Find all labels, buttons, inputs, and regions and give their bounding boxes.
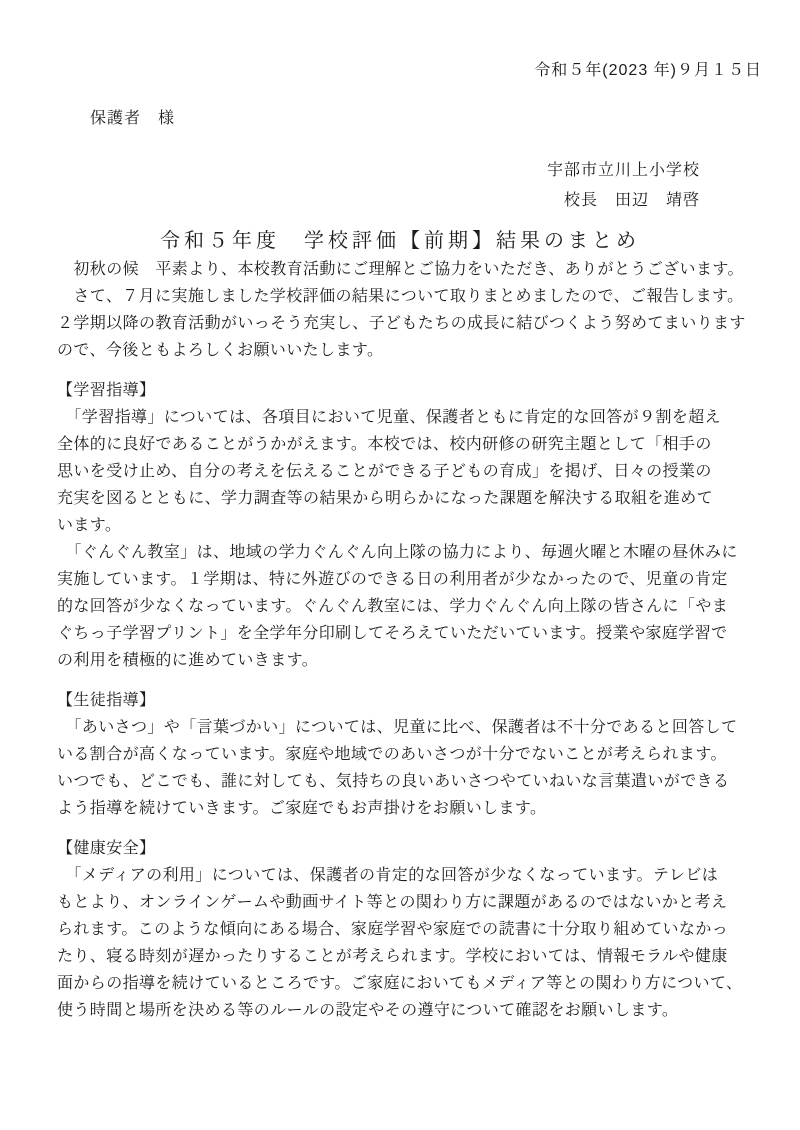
text-line: たり、寝る時刻が遅かったりすることが考えられます。学校においては、情報モラルや健… bbox=[57, 943, 750, 970]
text-line: 全体的に良好であることがうかがえます。本校では、校内研修の研究主題として「相手の bbox=[57, 431, 750, 458]
sender-school: 宇部市立川上小学校 bbox=[0, 156, 700, 186]
page-title: 令和５年度 学校評価【前期】結果のまとめ bbox=[0, 226, 800, 256]
text-line: ２学期以降の教育活動がいっそう充実し、子どもたちの成長に結びつくよう努めてまいり… bbox=[57, 310, 750, 337]
recipient: 保護者 様 bbox=[0, 105, 800, 132]
section-paragraph: 「学習指導」については、各項目において児童、保護者ともに肯定的な回答が９割を超え… bbox=[57, 404, 750, 539]
text-line: 面からの指導を続けているところです。ご家庭においてもメディア等との関わり方につい… bbox=[57, 970, 750, 997]
text-line: ので、今後ともよろしくお願いいたします。 bbox=[57, 337, 750, 364]
section-heading: 【学習指導】 bbox=[57, 377, 750, 404]
text-line: よう指導を続けていきます。ご家庭でもお声掛けをお願いします。 bbox=[57, 795, 750, 822]
text-line: 充実を図るとともに、学力調査等の結果から明らかになった課題を解決する取組を進めて bbox=[57, 485, 750, 512]
text-line: 初秋の候 平素より、本校教育活動にご理解とご協力をいただき、ありがとうございます… bbox=[57, 256, 750, 283]
text-line: られます。このような傾向にある場合、家庭学習や家庭での読書に十分取り組めていなか… bbox=[57, 916, 750, 943]
section-gakushu-shido: 【学習指導】 「学習指導」については、各項目において児童、保護者ともに肯定的な回… bbox=[57, 377, 750, 674]
section-paragraph: 「あいさつ」や「言葉づかい」については、児童に比べ、保護者は不十分であると回答し… bbox=[57, 714, 750, 822]
text-line: いつでも、どこでも、誰に対しても、気持ちの良いあいさつやていねいな言葉遣いができ… bbox=[57, 768, 750, 795]
date-line: 令和５年(2023 年)９月１５日 bbox=[0, 57, 800, 84]
text-line: さて、７月に実施しました学校評価の結果について取りまとめましたので、ご報告します… bbox=[57, 283, 750, 310]
text-line: ぐちっ子学習プリント」を全学年分印刷してそろえていただいています。授業や家庭学習… bbox=[57, 620, 750, 647]
section-seito-shido: 【生徒指導】 「あいさつ」や「言葉づかい」については、児童に比べ、保護者は不十分… bbox=[57, 687, 750, 822]
section-heading: 【生徒指導】 bbox=[57, 687, 750, 714]
section-heading: 【健康安全】 bbox=[57, 835, 750, 862]
section-paragraph: 「メディアの利用」については、保護者の肯定的な回答が少なくなっています。テレビは… bbox=[57, 862, 750, 1024]
text-line: もとより、オンラインゲームや動画サイト等との関わり方に課題があるのではないかと考… bbox=[57, 889, 750, 916]
text-line: 「メディアの利用」については、保護者の肯定的な回答が少なくなっています。テレビは bbox=[57, 862, 750, 889]
text-line: 「学習指導」については、各項目において児童、保護者ともに肯定的な回答が９割を超え bbox=[57, 404, 750, 431]
text-line: の利用を積極的に進めていきます。 bbox=[57, 647, 750, 674]
sender-block: 宇部市立川上小学校 校長 田辺 靖啓 bbox=[0, 156, 800, 216]
text-line: 実施しています。１学期は、特に外遊びのできる日の利用者が少なかったので、児童の肯… bbox=[57, 566, 750, 593]
text-line: 使う時間と場所を決める等のルールの設定やその遵守について確認をお願いします。 bbox=[57, 997, 750, 1024]
text-line: 思いを受け止め、自分の考えを伝えることができる子どもの育成」を掲げ、日々の授業の bbox=[57, 458, 750, 485]
intro-paragraph: 初秋の候 平素より、本校教育活動にご理解とご協力をいただき、ありがとうございます… bbox=[57, 256, 750, 364]
text-line: 的な回答が少なくなっています。ぐんぐん教室には、学力ぐんぐん向上隊の皆さんに「や… bbox=[57, 593, 750, 620]
letter-page: 令和５年(2023 年)９月１５日 保護者 様 宇部市立川上小学校 校長 田辺 … bbox=[0, 0, 800, 1130]
letter-body: 初秋の候 平素より、本校教育活動にご理解とご協力をいただき、ありがとうございます… bbox=[0, 256, 800, 1024]
text-line: 「あいさつ」や「言葉づかい」については、児童に比べ、保護者は不十分であると回答し… bbox=[57, 714, 750, 741]
text-line: います。 bbox=[57, 512, 750, 539]
text-line: いる割合が高くなっています。家庭や地域でのあいさつが十分でないことが考えられます… bbox=[57, 741, 750, 768]
section-paragraph: 「ぐんぐん教室」は、地域の学力ぐんぐん向上隊の協力により、毎週火曜と木曜の昼休み… bbox=[57, 539, 750, 674]
text-line: 「ぐんぐん教室」は、地域の学力ぐんぐん向上隊の協力により、毎週火曜と木曜の昼休み… bbox=[57, 539, 750, 566]
sender-principal: 校長 田辺 靖啓 bbox=[0, 186, 700, 216]
section-kenko-anzen: 【健康安全】 「メディアの利用」については、保護者の肯定的な回答が少なくなってい… bbox=[57, 835, 750, 1024]
